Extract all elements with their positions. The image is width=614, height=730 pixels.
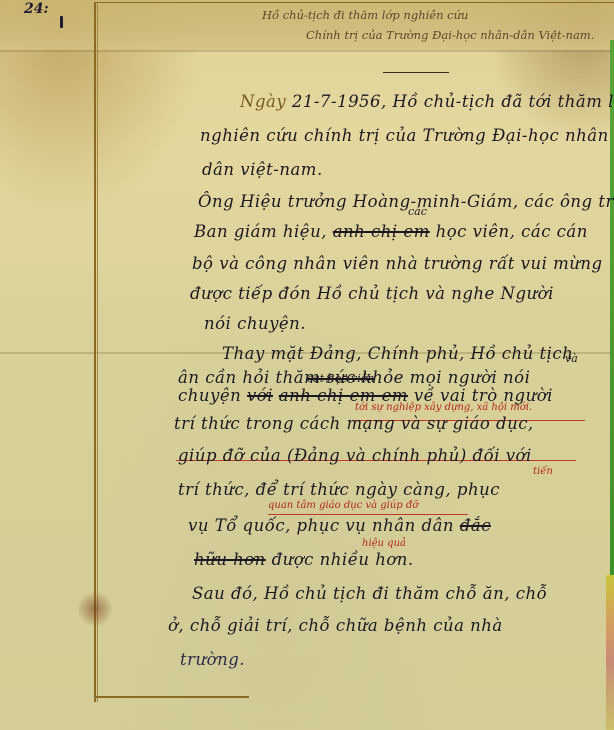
heading-line-2: Chính trị của Trường Đại-học nhân-dân Vi… bbox=[222, 25, 612, 45]
inserted-word: và bbox=[565, 352, 578, 365]
line-text: học viên, các cán bbox=[436, 222, 588, 241]
document-heading: Hồ chủ-tịch đi thăm lớp nghiên cứu Chính… bbox=[222, 5, 612, 45]
line-text: trí thức, bbox=[178, 480, 250, 499]
handwritten-line: trí thức, để trí thức ngày càng, phục bbox=[178, 480, 500, 499]
red-correction: tiến bbox=[533, 466, 553, 477]
green-edge-strip bbox=[610, 40, 614, 580]
ink-stain bbox=[78, 592, 112, 626]
handwritten-line: bộ và công nhân viên nhà trường rất vui … bbox=[192, 254, 603, 273]
handwritten-line: hữu hơn được nhiều hơn. bbox=[194, 550, 414, 569]
handwritten-line: Ngày 21-7-1956, Hồ chủ-tịch đã tới thăm … bbox=[240, 92, 614, 111]
handwritten-line: Thay mặt Đảng, Chính phủ, Hồ chủ tịch bbox=[222, 344, 573, 363]
handwritten-line: giúp đỡ của (Đảng và chính phủ) đối với bbox=[178, 446, 532, 465]
page-mark bbox=[60, 16, 63, 28]
handwritten-line: trí thức trong cách mạng và sự giáo dục, bbox=[174, 414, 534, 433]
struck-text: hữu hơn bbox=[194, 550, 266, 569]
line-text: 21-7-1956, Hồ chủ-tịch đã tới thăm lớp bbox=[292, 92, 614, 111]
line-text: chuyện bbox=[178, 386, 241, 405]
handwritten-line: ở, chỗ giải trí, chỗ chữa bệnh của nhà bbox=[168, 616, 503, 635]
red-correction: tới sự nghiệp xây dựng, xã hội mới. bbox=[355, 402, 532, 413]
handwritten-line: nghiên cứu chính trị của Trường Đại-học … bbox=[200, 126, 609, 145]
yellow-edge-strip bbox=[606, 575, 614, 730]
scanned-document-page: 24: Hồ chủ-tịch đi thăm lớp nghiên cứu C… bbox=[0, 0, 614, 730]
inserted-word: các bbox=[408, 205, 427, 218]
line-text: để trí thức ngày càng, phục bbox=[256, 480, 500, 499]
line-text: vụ Tổ quốc, phục vụ nhân dân bbox=[188, 516, 454, 535]
struck-text: với bbox=[247, 386, 273, 405]
handwritten-line: được tiếp đón Hồ chủ tịch và nghe Người bbox=[190, 284, 554, 303]
paper-fold-line bbox=[0, 50, 614, 52]
struck-text: anh chị em bbox=[333, 222, 430, 241]
line-text: nói bbox=[503, 368, 530, 387]
handwritten-line: vụ Tổ quốc, phục vụ nhân dân đắc bbox=[188, 516, 491, 535]
heading-line-1: Hồ chủ-tịch đi thăm lớp nghiên cứu bbox=[222, 5, 612, 25]
date-prefix: Ngày bbox=[240, 92, 286, 111]
red-underline bbox=[268, 514, 468, 515]
line-text: Ban giám hiệu, bbox=[194, 222, 327, 241]
handwritten-line: trường. bbox=[180, 650, 245, 669]
heading-underline bbox=[383, 72, 449, 73]
red-correction: hiệu quả bbox=[362, 538, 406, 549]
top-margin-rule bbox=[94, 2, 614, 3]
page-number: 24: bbox=[24, 1, 49, 17]
struck-insertion: cat học viên bbox=[307, 372, 374, 385]
bottom-margin-rule bbox=[94, 696, 249, 698]
handwritten-line: dân việt-nam. bbox=[202, 160, 323, 179]
handwritten-line: Ban giám hiệu, anh chị em học viên, các … bbox=[194, 222, 588, 241]
red-correction: quan tâm giáo dục và giúp đỡ bbox=[268, 500, 418, 511]
struck-text: đắc bbox=[460, 516, 491, 535]
handwritten-line: Sau đó, Hồ chủ tịch đi thăm chỗ ăn, chỗ bbox=[192, 584, 547, 603]
handwritten-line: nói chuyện. bbox=[204, 314, 306, 333]
line-text: được nhiều hơn. bbox=[272, 550, 414, 569]
handwritten-line: Ông Hiệu trưởng Hoàng-minh-Giám, các ông… bbox=[198, 192, 614, 211]
